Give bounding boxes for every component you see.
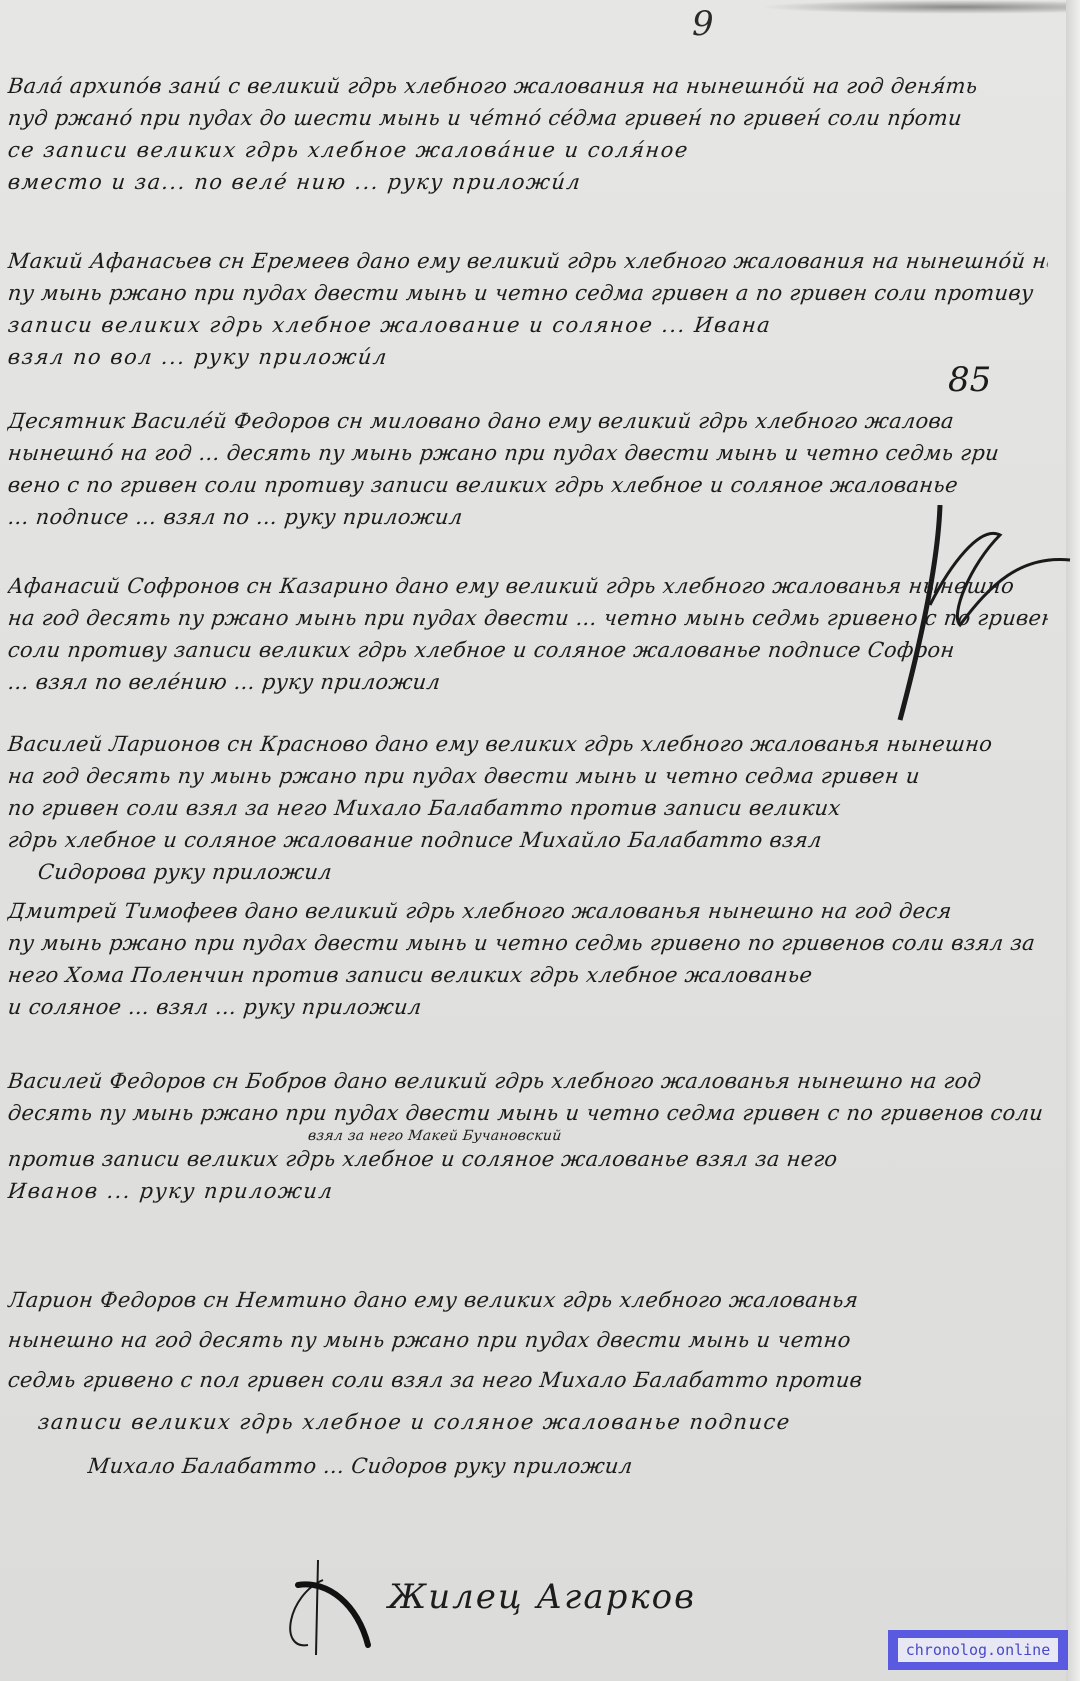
entry-line: пу мынь ржано при пудах двести мынь и че… bbox=[6, 927, 1049, 959]
entry-line: на год десять пу мынь ржано при пудах дв… bbox=[6, 760, 1049, 792]
entry-8: Ларион Федоров сн Немтино дано ему велик… bbox=[8, 1280, 1048, 1488]
entry-line: Михало Балабатто ... Сидоров руку прилож… bbox=[6, 1444, 1051, 1488]
ink-smudge bbox=[760, 0, 1080, 14]
manuscript-page: 9 Вала́ архипо́в зани́ с великий гдрь хл… bbox=[0, 0, 1080, 1681]
entry-line: него Хома Поленчин против записи великих… bbox=[6, 959, 1049, 991]
signature-flourish-icon bbox=[268, 1555, 398, 1665]
entry-line: соли противу записи великих гдрь хлебное… bbox=[6, 634, 1049, 666]
entry-line: записи великих гдрь хлебное жалование и … bbox=[6, 309, 1049, 341]
entry-line: седмь гривено с пол гривен соли взял за … bbox=[6, 1360, 1050, 1400]
page-edge bbox=[1066, 0, 1080, 1681]
entry-line: нынешно на год десять пу мынь ржано при … bbox=[6, 1320, 1050, 1360]
entry-line: пуд ржано́ при пудах до шести мынь и че́… bbox=[6, 102, 1049, 134]
closing-signature: Жилец Агарков bbox=[268, 1555, 788, 1665]
entry-line: Дмитрей Тимофеев дано великий гдрь хлебн… bbox=[6, 895, 1049, 927]
entry-line: пу мынь ржано при пудах двести мынь и че… bbox=[6, 277, 1049, 309]
entry-line: и соляное ... взял ... руку приложил bbox=[6, 991, 1049, 1023]
margin-number: 85 bbox=[948, 360, 991, 400]
entry-line: вено с по гривен соли противу записи вел… bbox=[6, 469, 1049, 501]
entry-line: десять пу мынь ржано при пудах двести мы… bbox=[6, 1097, 1049, 1129]
entry-6: Дмитрей Тимофеев дано великий гдрь хлебн… bbox=[8, 895, 1048, 1023]
entry-2: Макий Афанасьев сн Еремеев дано ему вели… bbox=[8, 245, 1048, 373]
entry-line: Афанасий Софронов сн Казарино дано ему в… bbox=[6, 570, 1049, 602]
entry-line: Василей Ларионов сн Красново дано ему ве… bbox=[6, 728, 1049, 760]
entry-line: взял по вол ... руку приложи́л bbox=[6, 341, 1049, 373]
entry-line: Иванов ... руку приложил bbox=[6, 1175, 1049, 1207]
entry-line: записи великих гдрь хлебное и соляное жа… bbox=[6, 1400, 1051, 1444]
entry-line: Василей Федоров сн Бобров дано великий г… bbox=[6, 1065, 1049, 1097]
entry-1: Вала́ архипо́в зани́ с великий гдрь хлеб… bbox=[8, 70, 1048, 198]
entry-line: против записи великих гдрь хлебное и сол… bbox=[6, 1143, 1049, 1175]
signature-text: Жилец Агарков bbox=[388, 1577, 696, 1617]
entry-line: нынешно́ на год ... десять пу мынь ржано… bbox=[6, 437, 1049, 469]
entry-7: Василей Федоров сн Бобров дано великий г… bbox=[8, 1065, 1048, 1207]
entry-4: Афанасий Софронов сн Казарино дано ему в… bbox=[8, 570, 1048, 698]
entry-line: Десятник Василе́й Федоров сн миловано да… bbox=[6, 405, 1049, 437]
entry-line: Макий Афанасьев сн Еремеев дано ему вели… bbox=[6, 245, 1049, 277]
entry-line: на год десять пу ржано мынь при пудах дв… bbox=[6, 602, 1049, 634]
entry-line: ... взял по веле́нию ... руку приложил bbox=[6, 666, 1049, 698]
entry-line: Ларион Федоров сн Немтино дано ему велик… bbox=[6, 1280, 1050, 1320]
entry-line: по гривен соли взял за него Михало Балаб… bbox=[6, 792, 1049, 824]
entry-line: Сидорова руку приложил bbox=[6, 856, 1049, 888]
entry-5: Василей Ларионов сн Красново дано ему ве… bbox=[8, 728, 1048, 888]
interlinear-note: взял за него Макей Бучановский bbox=[7, 1129, 1048, 1143]
entry-line: Вала́ архипо́в зани́ с великий гдрь хлеб… bbox=[6, 70, 1049, 102]
entry-line: гдрь хлебное и соляное жалование подписе… bbox=[6, 824, 1049, 856]
entry-line: се записи великих гдрь хлебное жалова́ни… bbox=[6, 134, 1049, 166]
entry-line: вместо и за... по веле́ нию ... руку при… bbox=[6, 166, 1049, 198]
watermark-text: chronolog.online bbox=[898, 1638, 1059, 1662]
watermark: chronolog.online bbox=[888, 1630, 1068, 1670]
page-number: 9 bbox=[692, 4, 714, 44]
